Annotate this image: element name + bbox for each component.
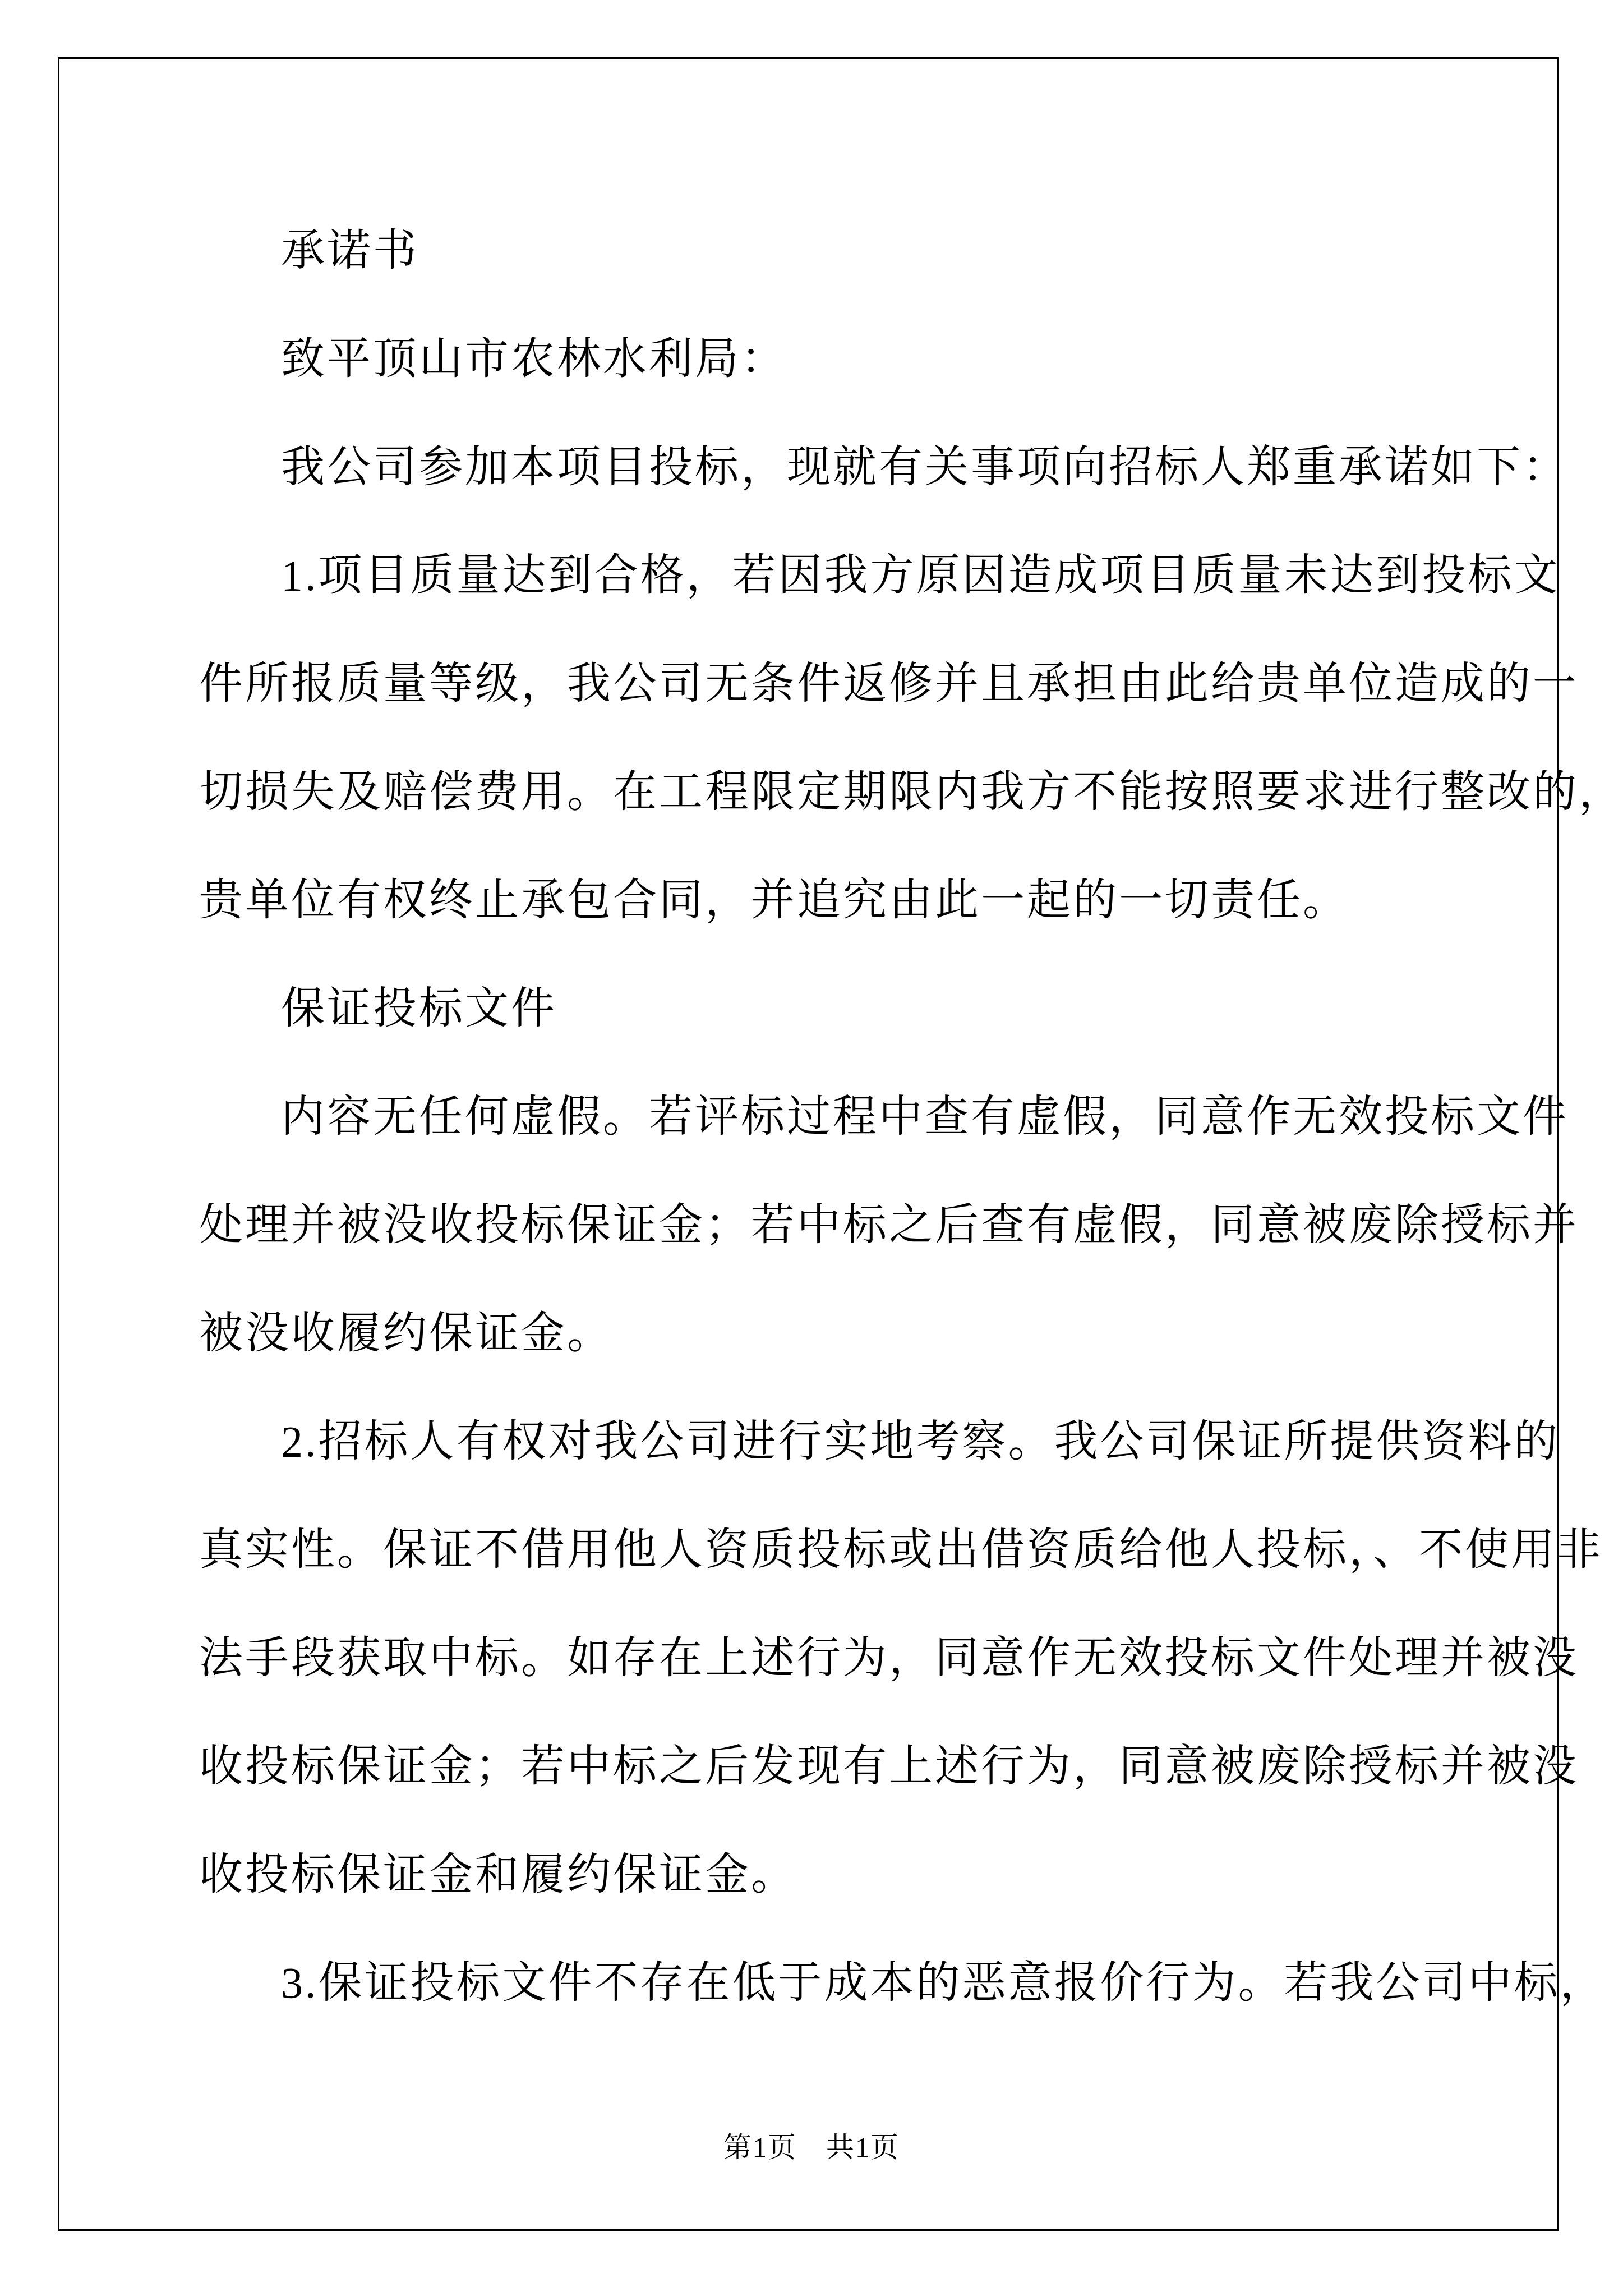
page-footer: 第1页 共1页: [0, 2130, 1623, 2165]
text-line: 法手段获取中标。如存在上述行为，同意作无效投标文件处理并被没: [199, 1604, 1461, 1712]
document-body: 承诺书致平顶山市农林水利局：我公司参加本项目投标，现就有关事项向招标人郑重承诺如…: [199, 196, 1461, 2037]
text-line: 件所报质量等级，我公司无条件返修并且承担由此给贵单位造成的一: [199, 629, 1461, 738]
text-line: 内容无任何虚假。若评标过程中查有虚假，同意作无效投标文件: [199, 1062, 1461, 1171]
text-line: 承诺书: [199, 196, 1461, 305]
text-line: 切损失及赔偿费用。在工程限定期限内我方不能按照要求进行整改的，: [199, 738, 1461, 846]
text-line: 贵单位有权终止承包合同，并追究由此一起的一切责任。: [199, 846, 1461, 954]
text-line: 被没收履约保证金。: [199, 1279, 1461, 1387]
text-line: 收投标保证金；若中标之后发现有上述行为，同意被废除授标并被没: [199, 1712, 1461, 1820]
text-line: 2.招标人有权对我公司进行实地考察。我公司保证所提供资料的: [199, 1387, 1461, 1496]
text-line: 我公司参加本项目投标，现就有关事项向招标人郑重承诺如下：: [199, 413, 1461, 521]
text-line: 致平顶山市农林水利局：: [199, 305, 1461, 413]
text-line: 处理并被没收投标保证金；若中标之后查有虚假，同意被废除授标并: [199, 1171, 1461, 1279]
text-line: 收投标保证金和履约保证金。: [199, 1820, 1461, 1929]
text-line: 1.项目质量达到合格，若因我方原因造成项目质量未达到投标文: [199, 521, 1461, 629]
text-line: 真实性。保证不借用他人资质投标或出借资质给他人投标，、不使用非: [199, 1496, 1461, 1604]
text-line: 保证投标文件: [199, 954, 1461, 1062]
text-line: 3.保证投标文件不存在低于成本的恶意报价行为。若我公司中标，: [199, 1929, 1461, 2037]
